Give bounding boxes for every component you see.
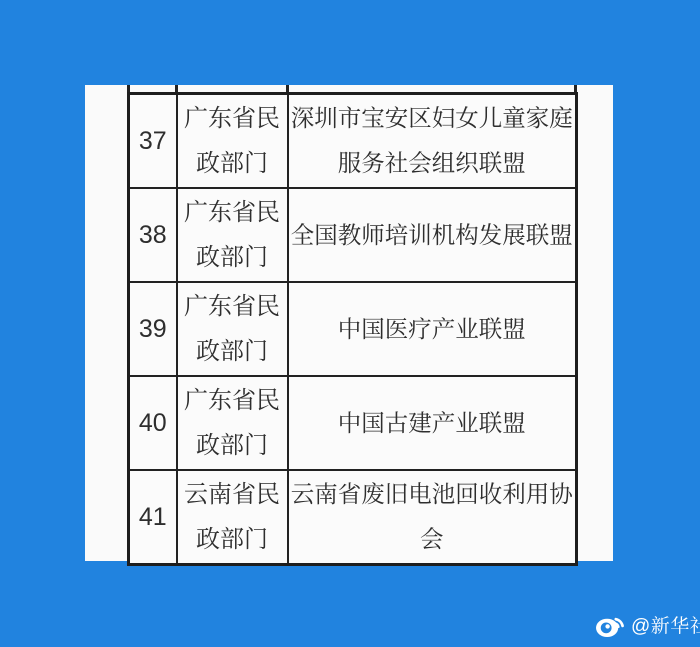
department-cell: 广东省民政部门 [177,94,288,189]
row-number-cell: 37 [129,94,177,189]
org-name-cell: 深圳市宝安区妇女儿童家庭服务社会组织联盟 [288,94,577,189]
table-row: 39 广东省民政部门 中国医疗产业联盟 [129,282,577,376]
blue-background: 37 广东省民政部门 深圳市宝安区妇女儿童家庭服务社会组织联盟 38 广东省民政… [0,0,700,647]
weibo-watermark: @新华社 [595,608,700,640]
row-number-cell: 40 [129,376,177,470]
table-row: 38 广东省民政部门 全国教师培训机构发展联盟 [129,188,577,282]
department-cell: 广东省民政部门 [177,188,288,282]
weibo-handle: @新华社 [631,611,700,638]
row-number-cell: 41 [129,470,177,565]
org-name-cell: 云南省废旧电池回收利用协会 [288,470,577,565]
table-row: 41 云南省民政部门 云南省废旧电池回收利用协会 [129,470,577,565]
org-name-cell: 中国医疗产业联盟 [288,282,577,376]
org-name-cell: 全国教师培训机构发展联盟 [288,188,577,282]
department-cell: 云南省民政部门 [177,470,288,565]
organizations-table: 37 广东省民政部门 深圳市宝安区妇女儿童家庭服务社会组织联盟 38 广东省民政… [127,92,578,566]
weibo-icon [595,610,626,638]
table-row: 37 广东省民政部门 深圳市宝安区妇女儿童家庭服务社会组织联盟 [129,94,577,189]
table-row: 40 广东省民政部门 中国古建产业联盟 [129,376,577,470]
row-number-cell: 38 [129,188,177,282]
table-image-strip: 37 广东省民政部门 深圳市宝安区妇女儿童家庭服务社会组织联盟 38 广东省民政… [85,85,613,561]
department-cell: 广东省民政部门 [177,376,288,470]
row-number-cell: 39 [129,282,177,376]
department-cell: 广东省民政部门 [177,282,288,376]
org-name-cell: 中国古建产业联盟 [288,376,577,470]
